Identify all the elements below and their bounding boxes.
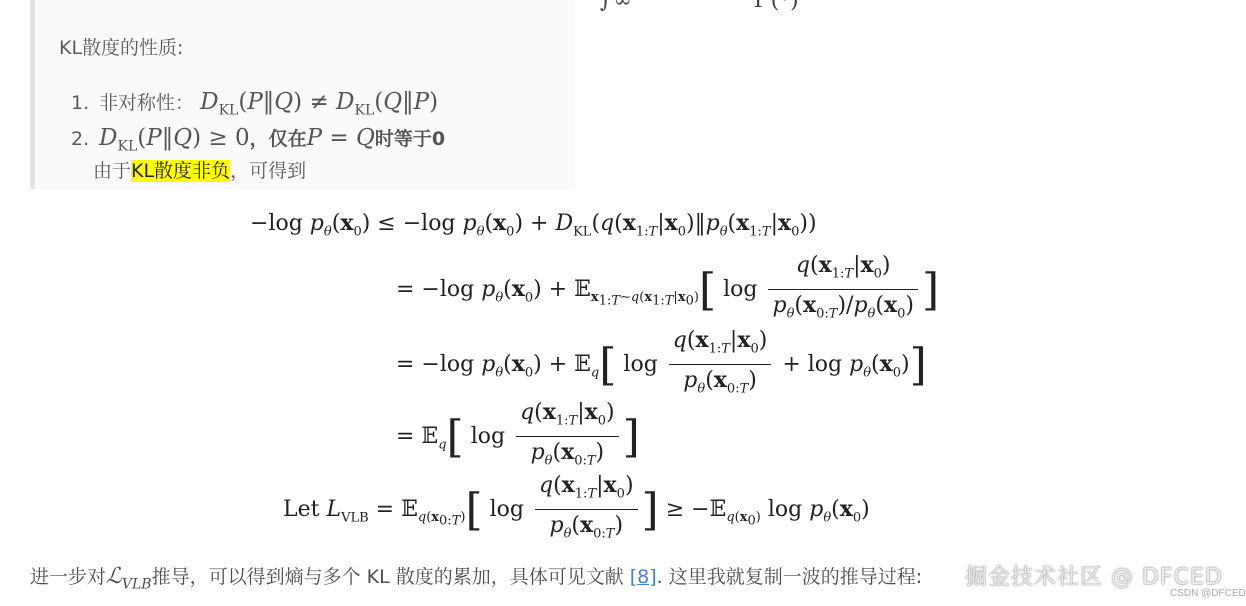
paragraph-text-2: . 这里我就复制一波	[657, 566, 821, 588]
csdn-watermark: CSDN @DFCED	[1170, 588, 1246, 599]
vlb-symbol: ℒVLB	[106, 564, 152, 589]
nonnegativity-formula: DKL(P‖Q) ≥ 0	[99, 125, 250, 151]
derivation-paragraph: 进一步对ℒVLB推导，可以得到熵与多个 KL 散度的累加，具体可见文献 [8].…	[30, 562, 922, 592]
bold-suffix: 时等于0	[375, 128, 445, 150]
reference-link[interactable]: [8]	[630, 566, 657, 588]
paragraph-text: 推导，可以得到熵与多个 KL 散度的累加，具体可见文献	[152, 566, 630, 588]
note-suffix: ，可得到	[230, 160, 306, 182]
equality-condition-formula: P = Q	[307, 125, 375, 151]
list-item-nonnegativity: 2. DKL(P‖Q) ≥ 0，仅在P = Q时等于0	[71, 120, 445, 156]
bold-prefix: ，仅在	[250, 128, 307, 150]
vlb-subscript: VLB	[122, 576, 152, 592]
calligraphic-l: ℒ	[106, 564, 122, 589]
list-number: 1.	[71, 85, 93, 121]
list-number: 2.	[71, 121, 93, 157]
previous-equation-fragment: ∫∞P(·)	[600, 0, 801, 13]
paragraph-text-3: 的推导过程:	[821, 566, 922, 588]
blockquote-title: KL散度的性质:	[59, 33, 183, 60]
integral-symbol: ∫	[600, 0, 613, 13]
blockquote-note: 由于KL散度非负，可得到	[93, 156, 306, 183]
equation-line-4: = 𝔼q[ log q(x1:T|x0)pθ(x0:T)]	[396, 397, 640, 477]
equation-line-3: = −log pθ(x0) + 𝔼q[ log q(x1:T|x0)pθ(x0:…	[396, 325, 927, 405]
infinity-symbol: ∞	[613, 0, 633, 13]
equation-line-5-vlb: Let LVLB = 𝔼q(x0:T)[ log q(x1:T|x0)pθ(x0…	[283, 470, 870, 550]
paragraph-prefix: 进一步对	[30, 566, 106, 588]
asymmetry-formula: DKL(P‖Q) ≠ DKL(Q‖P)	[200, 89, 438, 115]
list-item-label: 非对称性：	[99, 92, 194, 114]
list-item-asymmetry: 1. 非对称性： DKL(P‖Q) ≠ DKL(Q‖P)	[71, 84, 445, 120]
fragment-term: P(·)	[754, 0, 801, 13]
equation-line-2: = −log pθ(x0) + 𝔼x1:T∼q(x1:T|x0)[ log q(…	[396, 250, 939, 330]
equation-line-1: −log pθ(x0) ≤ −log pθ(x0) + DKL(q(x1:T|x…	[250, 210, 817, 239]
juejin-watermark: 掘金技术社区 @ DFCED	[965, 560, 1223, 591]
properties-list: 1. 非对称性： DKL(P‖Q) ≠ DKL(Q‖P) 2. DKL(P‖Q)…	[71, 84, 445, 156]
kl-properties-blockquote: KL散度的性质: 1. 非对称性： DKL(P‖Q) ≠ DKL(Q‖P) 2.…	[30, 0, 575, 189]
note-prefix: 由于	[93, 160, 131, 182]
highlighted-text: KL散度非负	[131, 160, 230, 182]
